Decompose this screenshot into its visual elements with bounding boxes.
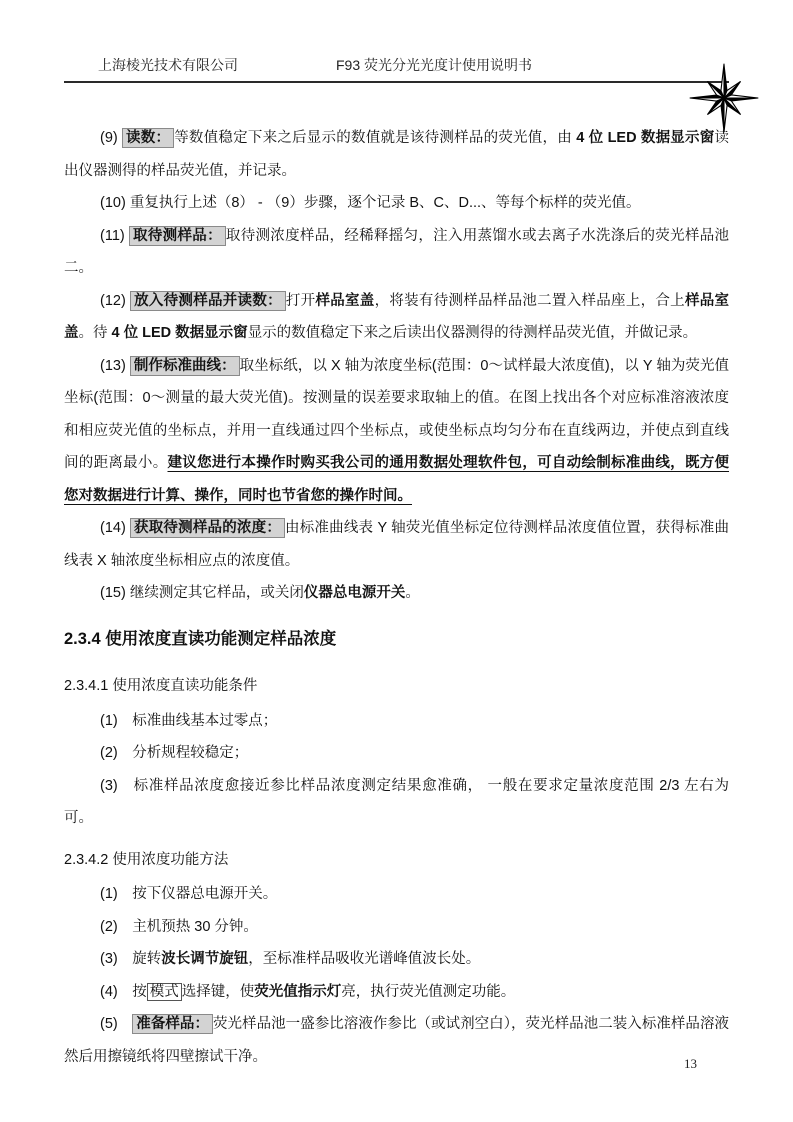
header-doc-title: F93 荧光分光光度计使用说明书 bbox=[336, 55, 532, 75]
highlighted-term: 读数： bbox=[122, 128, 174, 148]
text-run: 2.3.4.2 使用浓度功能方法 bbox=[64, 852, 228, 868]
highlighted-term: 获取待测样品的浓度： bbox=[130, 518, 285, 538]
text-run: 2.3.4.1 使用浓度直读功能条件 bbox=[64, 678, 257, 694]
paragraph-step-15: (15) 继续测定其它样品，或关闭仪器总电源开关。 bbox=[64, 577, 729, 610]
subsection-heading-section-2-3-4-2: 2.3.4.2 使用浓度功能方法 bbox=[64, 844, 729, 877]
bold-term: 样品室盖 bbox=[315, 293, 374, 309]
text-run: 选择键，使 bbox=[182, 984, 255, 1000]
text-run: (3) 标准样品浓度愈接近参比样品浓度测定结果愈准确， 一般在要求定量浓度范围 … bbox=[64, 778, 729, 827]
text-run: (11) bbox=[100, 228, 129, 244]
paragraph-step-13: (13) 制作标准曲线：取坐标纸，以 X 轴为浓度坐标(范围：0～试样最大浓度值… bbox=[64, 350, 729, 513]
text-run: (2) 主机预热 30 分钟。 bbox=[100, 919, 258, 935]
paragraph-method-1: (1) 按下仪器总电源开关。 bbox=[64, 878, 729, 911]
text-run: (14) bbox=[100, 520, 130, 536]
text-run: (9) bbox=[100, 130, 122, 146]
header-company: 上海棱光技术有限公司 bbox=[98, 55, 238, 75]
text-run: 亮，执行荧光值测定功能。 bbox=[341, 984, 515, 1000]
highlighted-term: 放入待测样品并读数： bbox=[130, 291, 286, 311]
text-run: (10) 重复执行上述（8） - （9）步骤，逐个记录 B、C、D...、等每个… bbox=[100, 195, 641, 211]
highlighted-term: 取待测样品： bbox=[129, 226, 226, 246]
document-body: (9) 读数：等数值稳定下来之后显示的数值就是该待测样品的荧光值，由 4 位 L… bbox=[64, 122, 729, 1073]
text-run: 。待 bbox=[79, 325, 112, 341]
bold-term: 仪器总电源开关 bbox=[304, 585, 406, 601]
bold-term: 4 位 LED 数据显示窗 bbox=[112, 325, 248, 341]
text-run: (12) bbox=[100, 293, 130, 309]
key-name: 模式 bbox=[147, 983, 182, 1001]
paragraph-condition-3: (3) 标准样品浓度愈接近参比样品浓度测定结果愈准确， 一般在要求定量浓度范围 … bbox=[64, 770, 729, 835]
page-header: 上海棱光技术有限公司 F93 荧光分光光度计使用说明书 bbox=[64, 76, 729, 83]
text-run: (3) 旋转 bbox=[100, 951, 161, 967]
highlighted-term: 准备样品： bbox=[132, 1014, 213, 1034]
bold-term: 荧光值指示灯 bbox=[254, 984, 341, 1000]
text-run: 2.3.4 使用浓度直读功能测定样品浓度 bbox=[64, 630, 336, 648]
paragraph-step-12: (12) 放入待测样品并读数：打开样品室盖，将装有待测样品样品池二置入样品座上，… bbox=[64, 285, 729, 350]
section-heading-section-2-3-4: 2.3.4 使用浓度直读功能测定样品浓度 bbox=[64, 623, 729, 656]
paragraph-condition-2: (2) 分析规程较稳定； bbox=[64, 737, 729, 770]
paragraph-method-5: (5) 准备样品：荧光样品池一盛参比溶液作参比（或试剂空白），荧光样品池二装入标… bbox=[64, 1008, 729, 1073]
text-run: ，将装有待测样品样品池二置入样品座上，合上 bbox=[375, 293, 685, 309]
highlighted-term: 制作标准曲线： bbox=[130, 356, 240, 376]
paragraph-step-10: (10) 重复执行上述（8） - （9）步骤，逐个记录 B、C、D...、等每个… bbox=[64, 187, 729, 220]
paragraph-method-3: (3) 旋转波长调节旋钮，至标准样品吸收光谱峰值波长处。 bbox=[64, 943, 729, 976]
paragraph-step-11: (11) 取待测样品：取待测浓度样品，经稀释摇匀，注入用蒸馏水或去离子水洗涤后的… bbox=[64, 220, 729, 285]
document-page: 上海棱光技术有限公司 F93 荧光分光光度计使用说明书 (9) 读数：等数值稳定… bbox=[0, 0, 793, 1122]
page-number: 13 bbox=[684, 1056, 697, 1072]
text-run: ，至标准样品吸收光谱峰值波长处。 bbox=[248, 951, 480, 967]
text-run: 。 bbox=[405, 585, 420, 601]
paragraph-method-2: (2) 主机预热 30 分钟。 bbox=[64, 911, 729, 944]
paragraph-method-4: (4) 按模式选择键，使荧光值指示灯亮，执行荧光值测定功能。 bbox=[64, 976, 729, 1009]
paragraph-step-9: (9) 读数：等数值稳定下来之后显示的数值就是该待测样品的荧光值，由 4 位 L… bbox=[64, 122, 729, 187]
text-run: (2) 分析规程较稳定； bbox=[100, 745, 248, 761]
bold-term: 波长调节旋钮 bbox=[161, 951, 248, 967]
text-run: (1) 标准曲线基本过零点； bbox=[100, 713, 277, 729]
paragraph-condition-1: (1) 标准曲线基本过零点； bbox=[64, 705, 729, 738]
subsection-heading-section-2-3-4-1: 2.3.4.1 使用浓度直读功能条件 bbox=[64, 670, 729, 703]
text-run: (13) bbox=[100, 358, 130, 374]
paragraph-step-14: (14) 获取待测样品的浓度：由标准曲线表 Y 轴荧光值坐标定位待测样品浓度值位… bbox=[64, 512, 729, 577]
text-run: 打开 bbox=[286, 293, 316, 309]
text-run: 等数值稳定下来之后显示的数值就是该待测样品的荧光值，由 bbox=[174, 130, 576, 146]
text-run: 显示的数值稳定下来之后读出仪器测得的待测样品荧光值，并做记录。 bbox=[248, 325, 698, 341]
text-run: (4) 按 bbox=[100, 984, 147, 1000]
text-run: (5) bbox=[100, 1016, 132, 1032]
text-run: (1) 按下仪器总电源开关。 bbox=[100, 886, 277, 902]
text-run: (15) 继续测定其它样品，或关闭 bbox=[100, 585, 304, 601]
bold-term: 4 位 LED 数据显示窗 bbox=[576, 130, 714, 146]
